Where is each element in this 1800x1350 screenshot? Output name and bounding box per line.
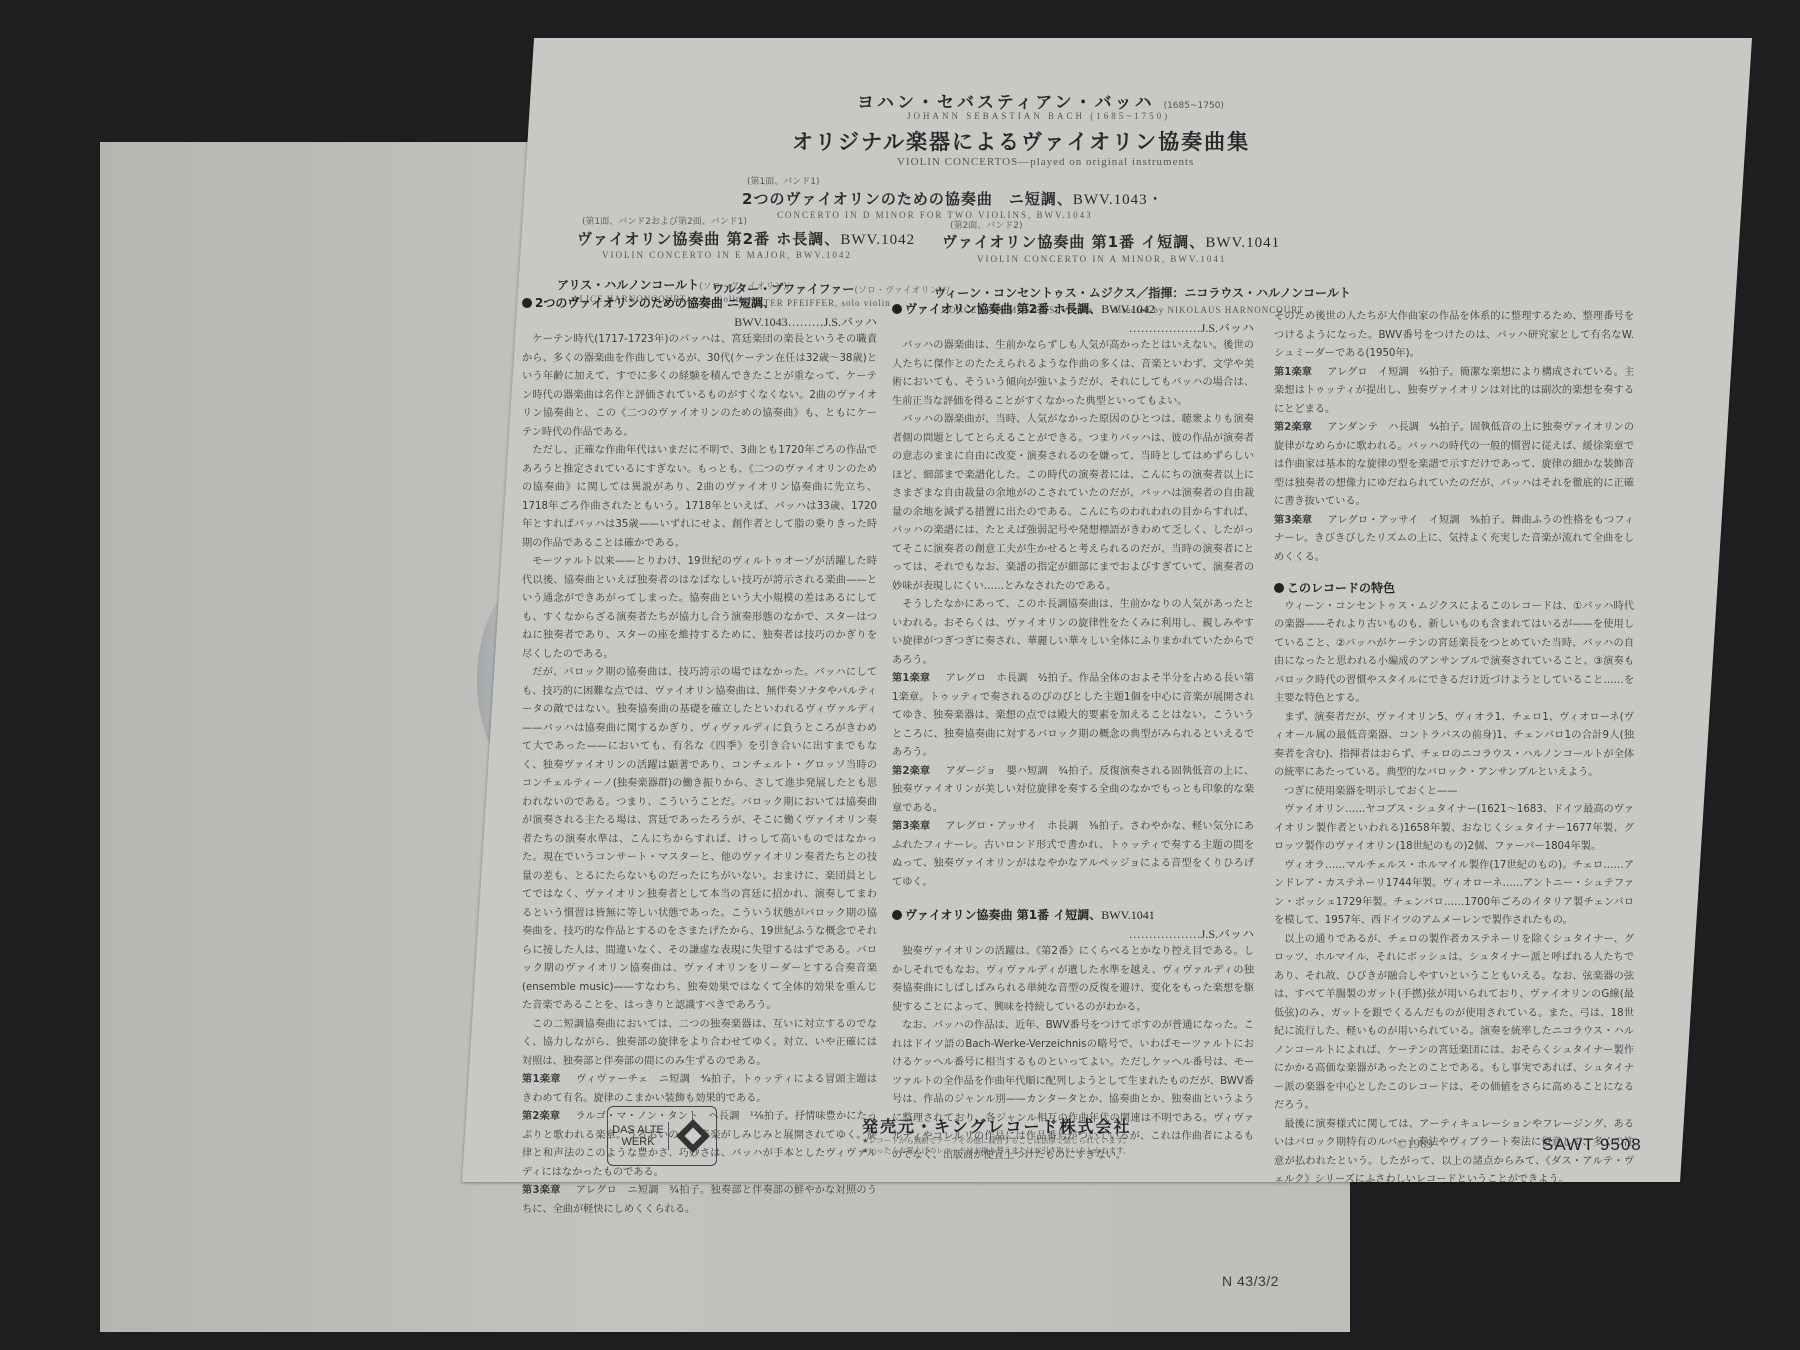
album-title-en: VIOLIN CONCERTOS—played on original inst…: [897, 156, 1194, 168]
bullet-icon: [892, 910, 902, 920]
work2-title-en: VIOLIN CONCERTO IN E MAJOR, BWV.1042: [602, 250, 852, 260]
movement-note: 第1楽章ヴィヴァーチェ ニ短調 ⁴⁄₄拍子。トゥッティによる冒頭主題はきわめて有…: [522, 1071, 877, 1108]
composer-years: (1685~1750): [1164, 101, 1224, 111]
bullet-icon: [522, 298, 532, 308]
movement-text: ヴィヴァーチェ ニ短調 ⁴⁄₄拍子。トゥッティによる冒頭主題はきわめて有名。旋律…: [522, 1074, 877, 1104]
work3-title-jp-text: ヴァイオリン協奏曲 第1番 イ短調、: [942, 233, 1205, 251]
movement-label: 第2楽章: [892, 766, 930, 777]
work2-title-jp-text: ヴァイオリン協奏曲 第2番 ホ長調、: [577, 230, 840, 248]
paragraph: ヴァイオリン……ヤコブス・シュタイナー(1621〜1683、ドイツ最高のヴァイオ…: [1274, 801, 1634, 857]
telefunken-diamond-icon: [669, 1124, 716, 1148]
composer-name-en: JOHANN SEBASTIAN BACH (1685~1750): [907, 111, 1170, 121]
work3-title-en: VIOLIN CONCERTO IN A MINOR, BWV.1041: [977, 254, 1226, 264]
movement-note: 第3楽章アレグロ ニ短調 ³⁄₄拍子。独奏部と伴奏部の鮮やかな対照のうちに、全曲…: [522, 1182, 877, 1219]
logo-text: DAS ALTE WERK: [608, 1122, 669, 1150]
paragraph: だが、バロック期の協奏曲は、技巧誇示の場ではなかった。バッハにしても、技巧的に困…: [522, 664, 877, 1016]
paragraph: 以上の通りであるが、チェロの製作者カステネーリを除くシュタイナー、グロッツ、ホル…: [1274, 931, 1634, 1116]
paragraph: モーツァルト以来——とりわけ、19世紀のヴィルトゥオーゾが活躍した時代以後、協奏…: [522, 553, 877, 664]
movement-text: アレグロ・アッサイ イ短調 ⁹⁄₈拍子。舞曲ふうの性格をもつフィナーレ。きびきび…: [1274, 515, 1634, 563]
performer-1-name: アリス・ハルノンコールト: [557, 278, 699, 292]
work2-title-jp: ヴァイオリン協奏曲 第2番 ホ長調、BWV.1042: [577, 228, 915, 249]
paragraph: そうしたなかにあって、このホ長調協奏曲は、生前かなりの人気があったといわれる。お…: [892, 596, 1254, 670]
movement-label: 第1楽章: [892, 673, 930, 684]
section-3-sub: ………………J.S.バッハ: [892, 925, 1254, 944]
composer-name-jp: ヨハン・セバスティアン・バッハ (1685~1750): [857, 88, 1224, 113]
paragraph: つぎに使用楽器を明示しておくと——: [1274, 783, 1634, 802]
section-2-title: ヴァイオリン協奏曲 第2番 ホ長調、BWV.1042: [892, 300, 1254, 319]
movement-note: 第2楽章アダージョ 嬰ハ短調 ³⁄₄拍子。反復演奏される固執低音の上に、独奏ヴァ…: [892, 763, 1254, 819]
notes-column-3: そのため後世の人たちが大作曲家の作品を体系的に整理するため、整理番号をつけるよう…: [1274, 308, 1634, 1190]
movement-note: 第1楽章アレグロ ホ長調 ²⁄₂拍子。作品全体のおよそ半分を占める長い第1楽章。…: [892, 670, 1254, 763]
movement-text: アレグロ・アッサイ ホ長調 ³⁄₈拍子。さわやかな、軽い気分にあふれたフィナーレ…: [892, 821, 1254, 888]
notes-column-1: 2つのヴァイオリンのための協奏曲 ニ短調、 BWV.1043………J.S.バッハ…: [522, 294, 877, 1219]
movement-note: 第2楽章アンダンテ ハ長調 ⁴⁄₄拍子。固執低音の上に独奏ヴァイオリンの旋律がな…: [1274, 419, 1634, 512]
movement-label: 第1楽章: [1274, 367, 1312, 378]
legal-notice: ★レコードから無断でテープその他に録音することは法律で禁じられています。 ★いっ…: [862, 1136, 1131, 1156]
notes-column-2: ヴァイオリン協奏曲 第2番 ホ長調、BWV.1042 ………………J.S.バッハ…: [892, 300, 1254, 1165]
work1-side: (第1面、バンド1): [747, 174, 819, 187]
notice-line-1: ★レコードから無断でテープその他に録音することは法律で禁じられています。: [862, 1136, 1131, 1146]
paragraph: バッハの器楽曲は、生前かならずしも人気が高かったとはいえない。後世の人たちに傑作…: [892, 337, 1254, 411]
work3-bwv: BWV.1041: [1205, 235, 1280, 251]
work3-title-jp: ヴァイオリン協奏曲 第1番 イ短調、BWV.1041: [942, 231, 1280, 252]
movement-text: アレグロ イ短調 ²⁄₄拍子。簡潔な楽想により構成されている。主楽想はトゥッティ…: [1274, 367, 1634, 415]
movement-label: 第1楽章: [522, 1074, 561, 1085]
work1-title-jp: 2つのヴァイオリンのための協奏曲 ニ短調、BWV.1043・: [742, 188, 1164, 209]
paragraph: 独奏ヴァイオリンの活躍は、《第2番》にくらべるとかなり控え目である。しかしそれで…: [892, 943, 1254, 1017]
catalog-number: SAWT 9508: [1542, 1135, 1642, 1155]
work1-bwv: BWV.1043・: [1073, 192, 1164, 208]
paragraph: この二短調協奏曲においては、二つの独奏楽器は、互いに対立するのでなく、協力しなが…: [522, 1016, 877, 1072]
bullet-icon: [892, 304, 902, 314]
liner-notes-insert: ヨハン・セバスティアン・バッハ (1685~1750) JOHANN SEBAS…: [462, 38, 1752, 1182]
work1-title-en: CONCERTO IN D MINOR FOR TWO VIOLINS, BWV…: [777, 210, 1093, 220]
album-title-jp: オリジナル楽器によるヴァイオリン協奏曲集: [792, 126, 1250, 156]
section-2-sub: ………………J.S.バッハ: [892, 319, 1254, 338]
movement-text: アレグロ ホ長調 ²⁄₂拍子。作品全体のおよそ半分を占める長い第1楽章。トゥッテ…: [892, 673, 1254, 758]
movement-note: 第3楽章アレグロ・アッサイ イ短調 ⁹⁄₈拍子。舞曲ふうの性格をもつフィナーレ。…: [1274, 512, 1634, 568]
movement-note: 第1楽章アレグロ イ短調 ²⁄₄拍子。簡潔な楽想により構成されている。主楽想はト…: [1274, 364, 1634, 420]
paragraph: ウィーン・コンセントゥス・ムジクスによるこのレコードは、①バッハ時代の楽器——そ…: [1274, 598, 1634, 709]
movement-label: 第2楽章: [522, 1111, 560, 1122]
movement-label: 第2楽章: [1274, 422, 1312, 433]
movement-text: アンダンテ ハ長調 ⁴⁄₄拍子。固執低音の上に独奏ヴァイオリンの旋律がなめらかに…: [1274, 422, 1634, 507]
movement-label: 第3楽章: [1274, 515, 1312, 526]
section-1-title: 2つのヴァイオリンのための協奏曲 ニ短調、: [522, 294, 877, 313]
paragraph: ただし、正確な作曲年代はいまだに不明で、3曲とも1720年ごろの作品であろうと推…: [522, 442, 877, 553]
paragraph: まず、演奏者だが、ヴァイオリン5、ヴィオラ1、チェロ1、ヴィオローネ(ヴィオール…: [1274, 709, 1634, 783]
section-3-bwv: BWV.1041: [1101, 908, 1154, 922]
copyright: ©1969: [1397, 1136, 1433, 1152]
paragraph: ヴィオラ……マルチェルス・ホルマイル製作(17世紀のもの)。チェロ……アンドレア…: [1274, 857, 1634, 931]
das-alte-werk-logo: DAS ALTE WERK: [607, 1106, 717, 1166]
section-3-title: ヴァイオリン協奏曲 第1番 イ短調、BWV.1041: [892, 906, 1254, 925]
paragraph: そのため後世の人たちが大作曲家の作品を体系的に整理するため、整理番号をつけるよう…: [1274, 308, 1634, 364]
section-1-sub: BWV.1043………J.S.バッハ: [522, 313, 877, 332]
composer-jp-text: ヨハン・セバスティアン・バッハ: [857, 93, 1155, 113]
section-2-bwv: BWV.1042: [1101, 302, 1154, 316]
work2-bwv: BWV.1042: [840, 232, 915, 248]
movement-label: 第3楽章: [892, 821, 930, 832]
work2-side: (第1面、バンド2および第2面、バンド1): [582, 214, 747, 227]
section-2-title-text: ヴァイオリン協奏曲 第2番 ホ長調、: [905, 302, 1101, 316]
work3-side: (第2面、バンド2): [950, 218, 1022, 231]
bullet-icon: [1274, 583, 1284, 593]
section-4-title: このレコードの特色: [1274, 579, 1634, 598]
section-3-title-text: ヴァイオリン協奏曲 第1番 イ短調、: [905, 908, 1101, 922]
sleeve-code: N 43/3/2: [1222, 1273, 1279, 1289]
publisher: 発売元・キングレコード株式会社: [862, 1114, 1132, 1137]
performer-3-jp: ウィーン・コンセントゥス・ムジクス／指揮：ニコラウス・ハルノンコールト: [934, 284, 1351, 301]
section-1-title-text: 2つのヴァイオリンのための協奏曲 ニ短調、: [535, 296, 775, 310]
work1-title-jp-text: 2つのヴァイオリンのための協奏曲 ニ短調、: [742, 190, 1073, 208]
movement-text: アレグロ ニ短調 ³⁄₄拍子。独奏部と伴奏部の鮮やかな対照のうちに、全曲が軽快に…: [522, 1185, 877, 1215]
notice-line-2: ★いったんお買上げのレコードはお取り替えまたはお引き取りいたしかねます。: [862, 1146, 1131, 1156]
paragraph: バッハの器楽曲が、当時、人気がなかった原因のひとつは、聴衆よりも演奏者側の問題と…: [892, 411, 1254, 596]
movement-label: 第3楽章: [522, 1185, 561, 1196]
movement-note: 第3楽章アレグロ・アッサイ ホ長調 ³⁄₈拍子。さわやかな、軽い気分にあふれたフ…: [892, 818, 1254, 892]
movement-text: アダージョ 嬰ハ短調 ³⁄₄拍子。反復演奏される固執低音の上に、独奏ヴァイオリン…: [892, 766, 1254, 814]
paragraph: ケーテン時代(1717-1723年)のバッハは、宮廷楽団の楽長というその職責から…: [522, 331, 877, 442]
section-4-title-text: このレコードの特色: [1287, 581, 1395, 595]
